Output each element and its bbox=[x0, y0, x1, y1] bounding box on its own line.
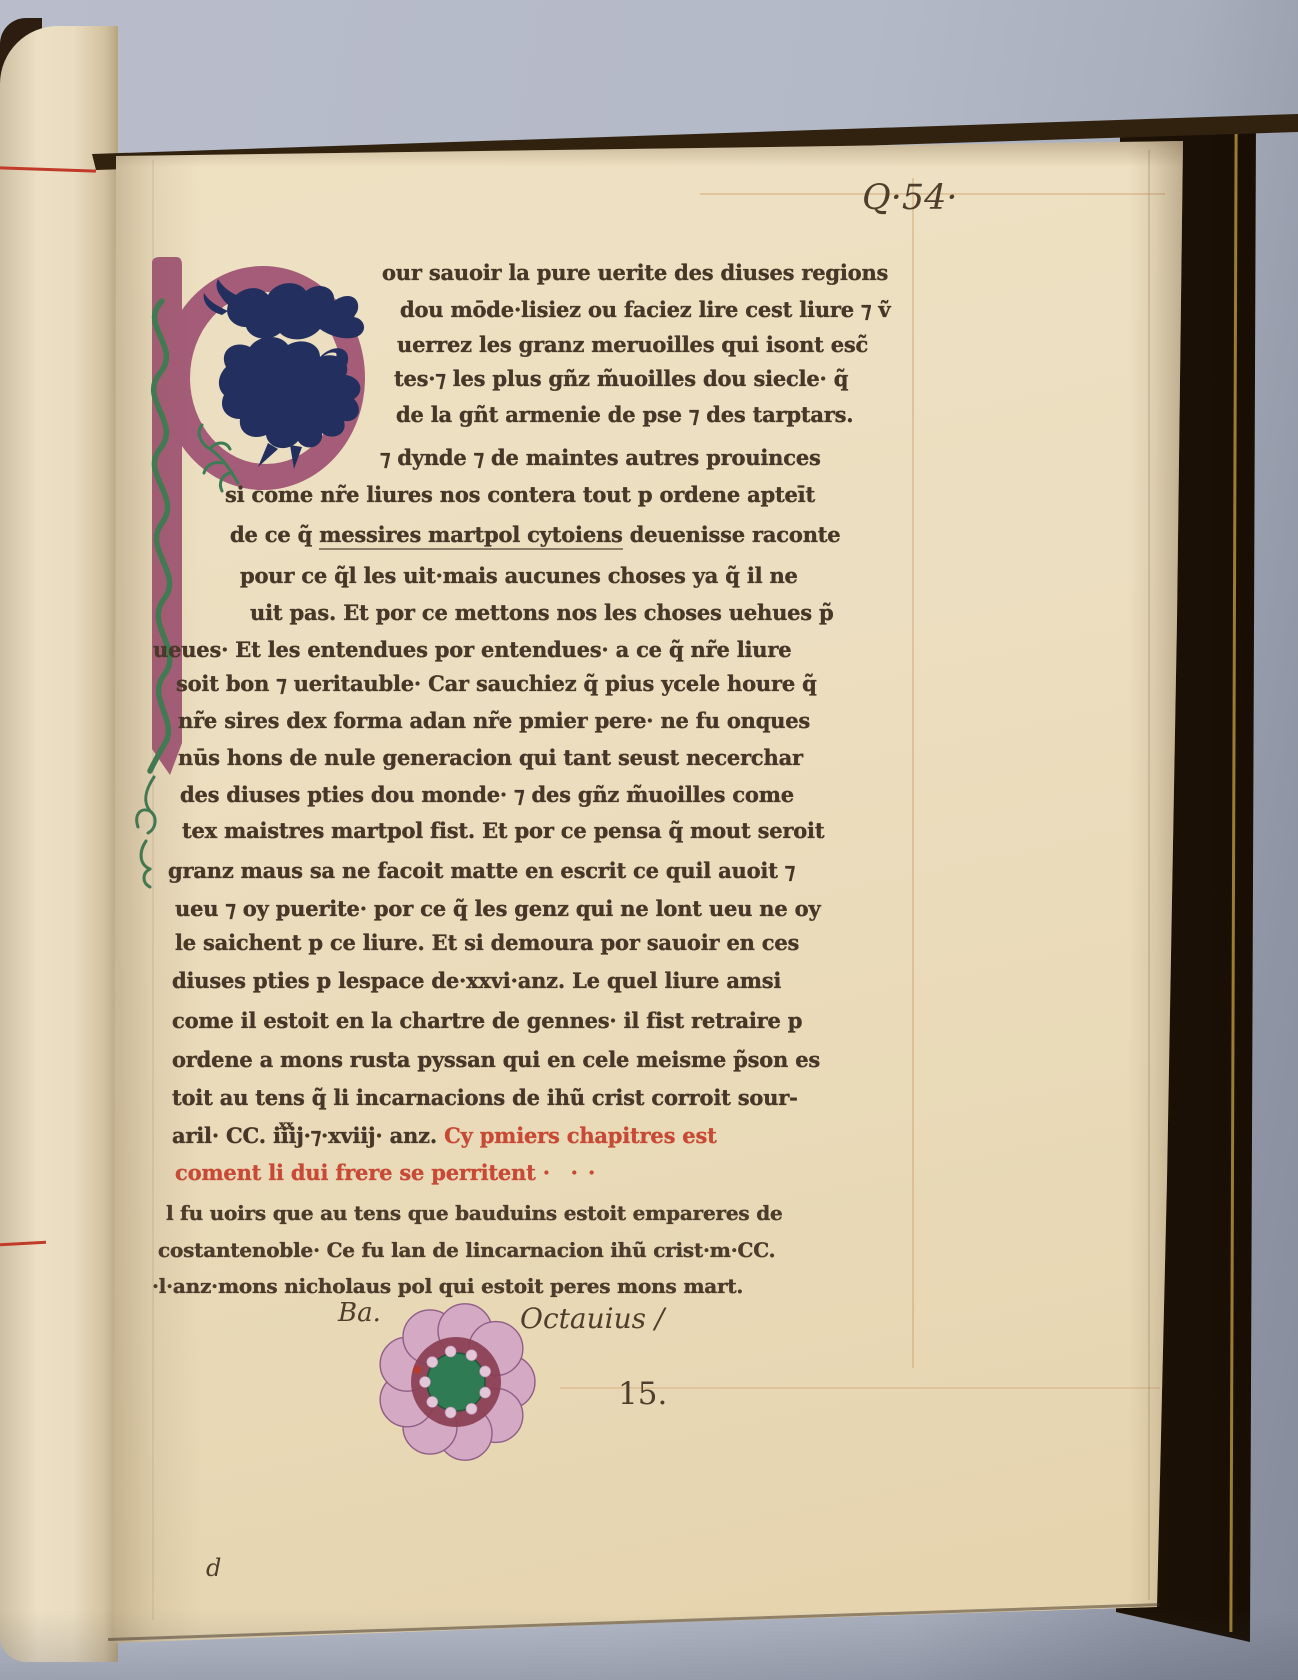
manuscript-line-23: toit au tens q̃ li incarnacions de ihũ c… bbox=[172, 1083, 798, 1113]
manuscript-line-26: l fu uoirs que au tens que bauduins esto… bbox=[166, 1198, 783, 1228]
manuscript-line-4: tes·⁊ les plus gñz m̃uoilles dou siecle·… bbox=[394, 364, 848, 394]
manuscript-line-3: uerrez les granz meruoilles qui isont es… bbox=[397, 330, 868, 360]
previous-page-edge bbox=[0, 26, 118, 1662]
annotation-ba: Ba. bbox=[338, 1298, 381, 1328]
manuscript-line-18: ueu ⁊ oy puerite· por ce q̃ les genz qui… bbox=[175, 894, 820, 924]
manuscript-line-27: costantenoble· Ce fu lan de lincarnacion… bbox=[158, 1235, 775, 1265]
manuscript-line-9: pour ce q̃l les uit·mais aucunes choses … bbox=[240, 561, 798, 591]
manuscript-line-8: de ce q̃ messires martpol cytoiens deuen… bbox=[230, 520, 840, 550]
manuscript-line-15: des diuses pties dou monde· ⁊ des gñz m̃… bbox=[180, 780, 794, 810]
manuscript-line-20: diuses pties p lespace de·xxvi·anz. Le q… bbox=[172, 966, 781, 996]
manuscript-line-24: aril· CC. xxiiij·⁊·xviij· anz. Cy pmiers… bbox=[172, 1121, 717, 1151]
manuscript-line-10: uit pas. Et por ce mettons nos les chose… bbox=[250, 598, 834, 628]
facing-page-red-rule-bottom bbox=[0, 1241, 46, 1246]
background-shadow bbox=[0, 1610, 1298, 1680]
manuscript-line-16: tex maistres martpol fist. Et por ce pen… bbox=[182, 816, 824, 846]
manuscript-line-19: le saichent p ce liure. Et si demoura po… bbox=[175, 928, 799, 958]
manuscript-page: Q·54· bbox=[0, 0, 1298, 1680]
manuscript-line-17: granz maus sa ne facoit matte en escrit … bbox=[168, 856, 795, 886]
manuscript-line-7: si come nr̃e liures nos contera tout p o… bbox=[225, 480, 815, 510]
manuscript-line-22: ordene a mons rusta pyssan qui en cele m… bbox=[172, 1045, 820, 1075]
manuscript-line-25: coment li dui frere se perritent · · · bbox=[175, 1158, 595, 1188]
manuscript-line-13: nr̃e sires dex forma adan nr̃e pmier per… bbox=[178, 706, 810, 736]
facing-page-red-rule-top bbox=[0, 166, 96, 172]
catalog-number: 15. bbox=[618, 1376, 667, 1412]
manuscript-line-14: nūs hons de nule generacion qui tant seu… bbox=[178, 743, 803, 773]
gutter-shadow bbox=[112, 150, 202, 1645]
flower-red-dot bbox=[413, 1366, 421, 1374]
page-top-shadow bbox=[116, 141, 1183, 167]
ruling-line-vertical bbox=[912, 178, 914, 1368]
annotation-octavius: Octauius / bbox=[520, 1302, 664, 1335]
folio-number: Q·54· bbox=[862, 178, 957, 218]
manuscript-line-6: ⁊ dynde ⁊ de maintes autres prouinces bbox=[380, 443, 821, 473]
manuscript-line-12: soit bon ⁊ ueritauble· Car sauchiez q̃ p… bbox=[176, 669, 817, 699]
manuscript-line-28: ·l·anz·mons nicholaus pol qui estoit per… bbox=[152, 1271, 743, 1301]
corner-mark: d bbox=[206, 1554, 221, 1582]
manuscript-line-21: come il estoit en la chartre de gennes· … bbox=[172, 1006, 802, 1036]
manuscript-line-1: our sauoir la pure uerite des diuses reg… bbox=[382, 258, 888, 288]
manuscript-line-2: dou mōde·lisiez ou faciez lire cest liur… bbox=[400, 295, 890, 325]
manuscript-line-5: de la gñt armenie de pse ⁊ des tarptars. bbox=[396, 400, 853, 430]
manuscript-photo: Q·54· bbox=[0, 0, 1298, 1680]
manuscript-line-11: ueues· Et les entendues por entendues· a… bbox=[153, 635, 791, 665]
rosette-flower bbox=[372, 1302, 544, 1470]
